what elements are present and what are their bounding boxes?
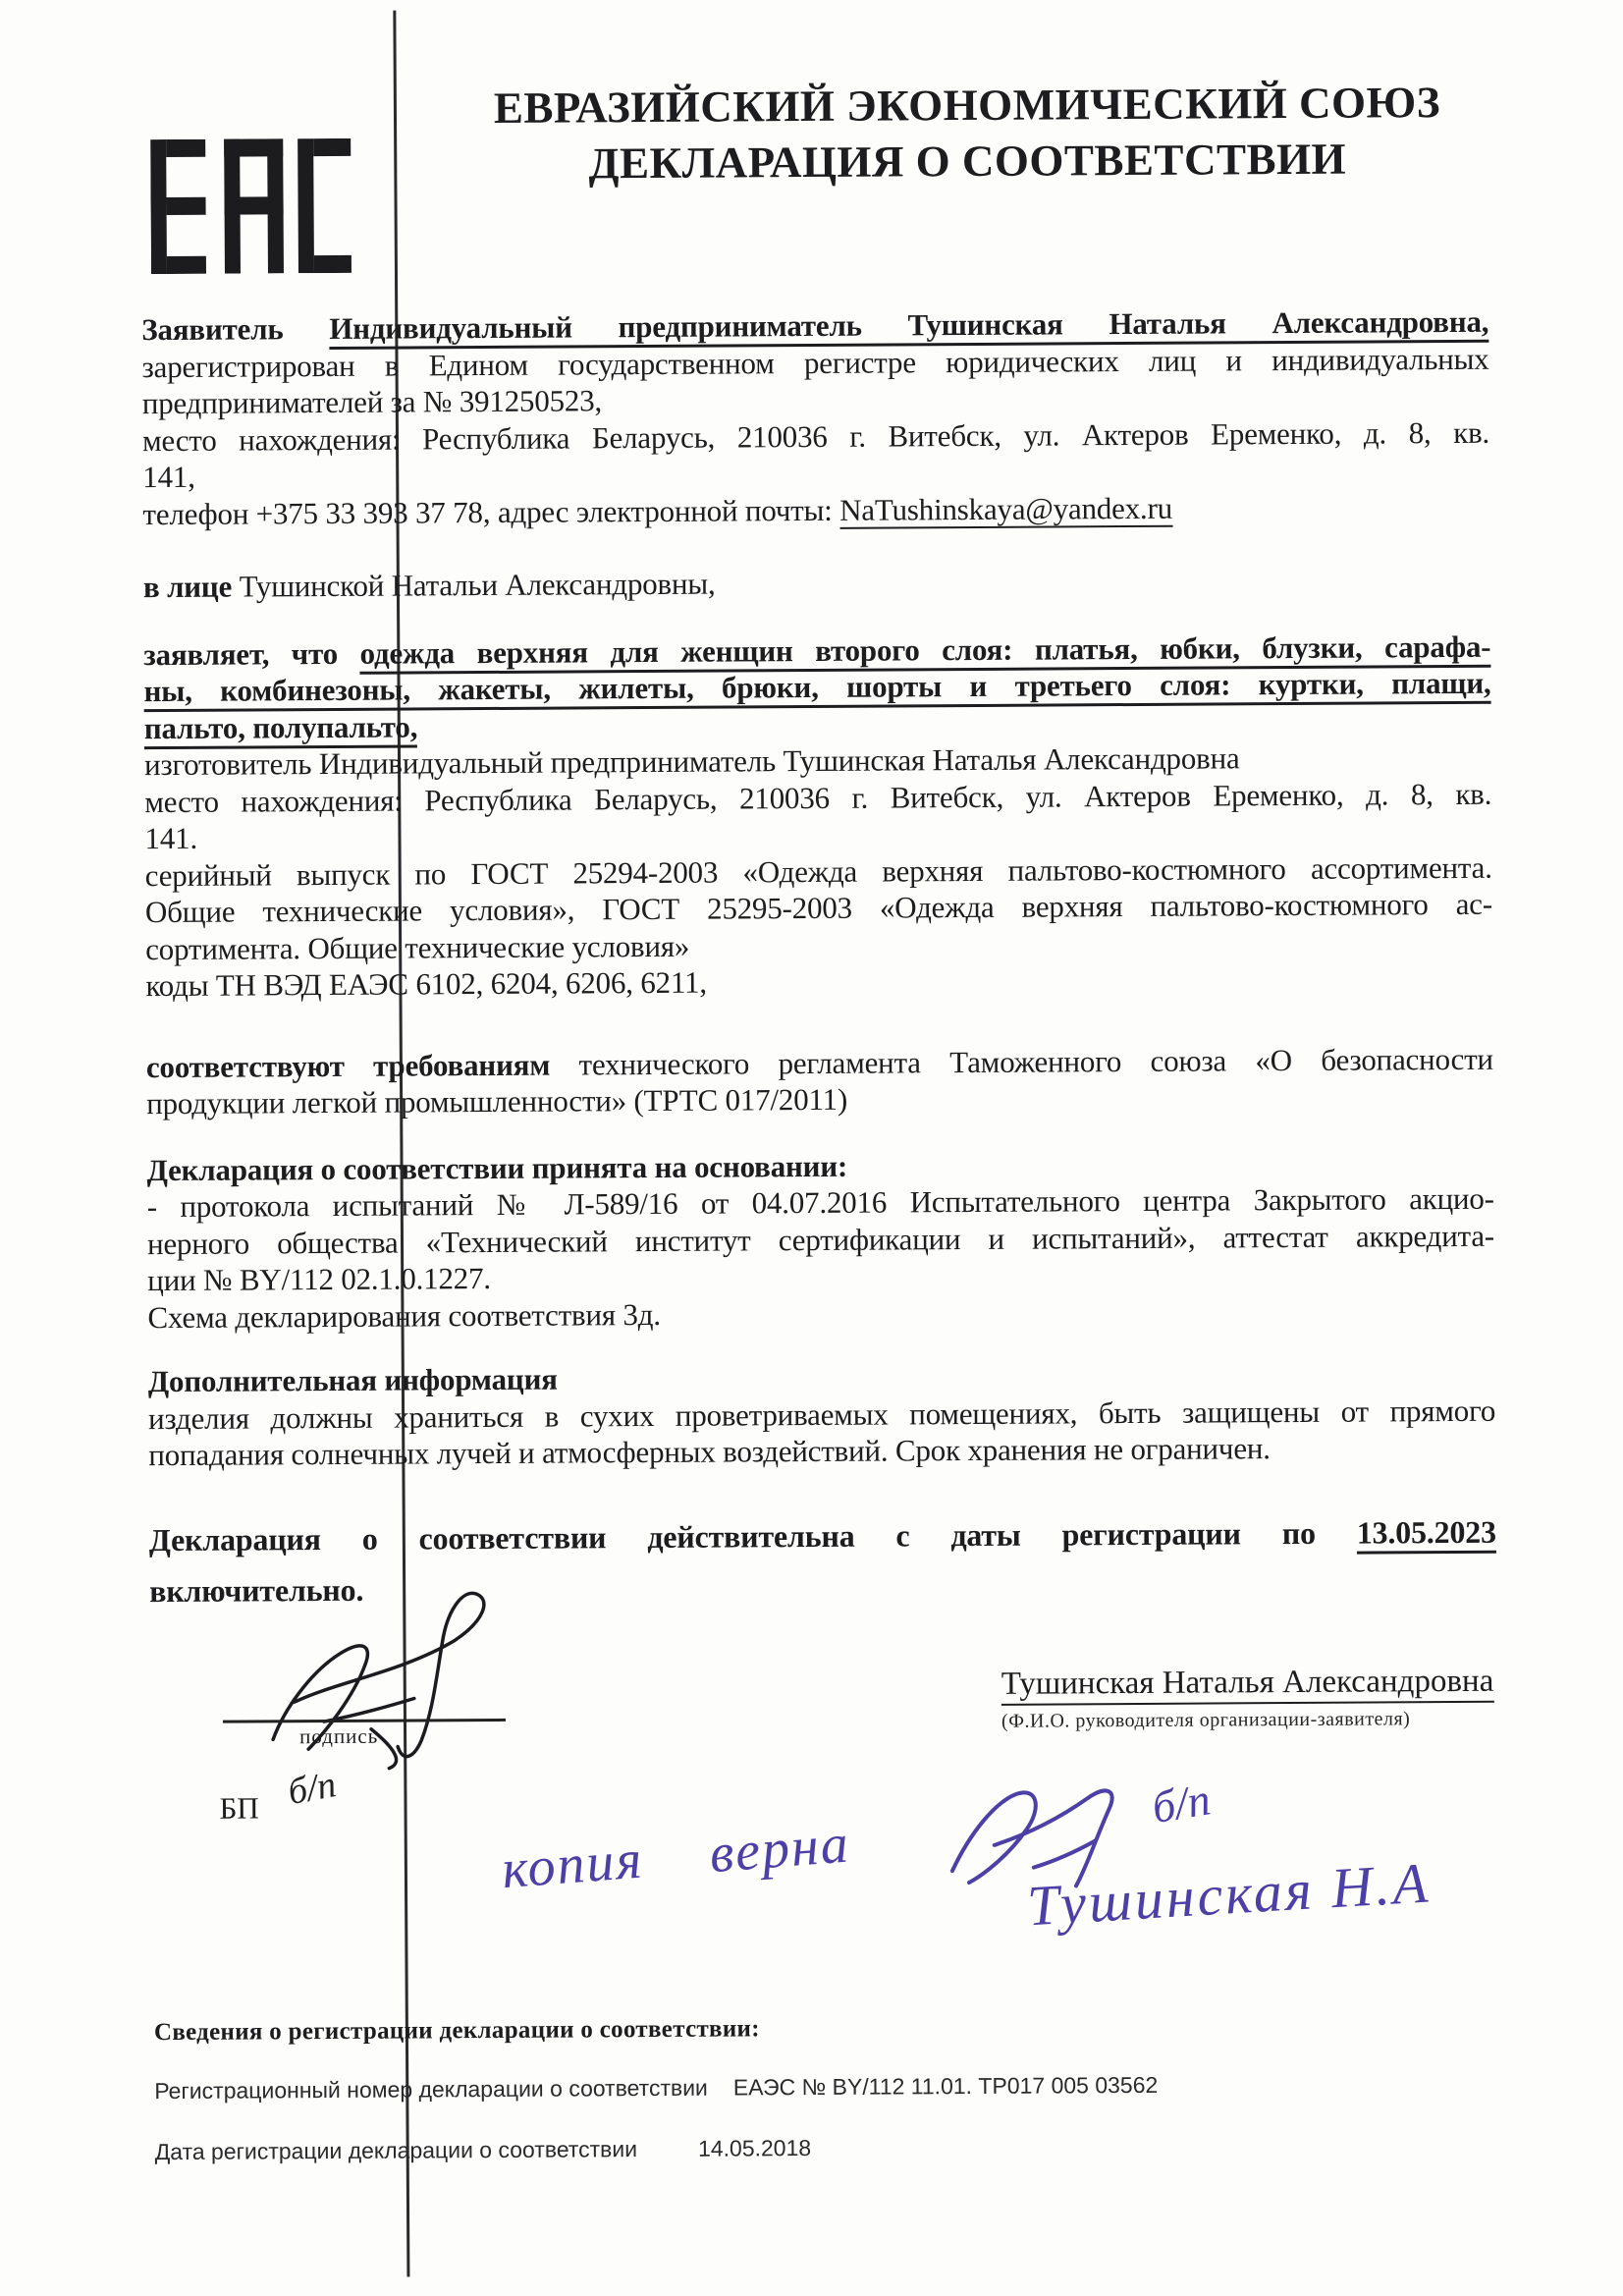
line-additional-2: попадания солнечных лучей и атмосферных …: [148, 1429, 1495, 1474]
manufacturer-text: изготовитель Индивидуальный предпринимат…: [144, 740, 1240, 782]
director-name-caption: (Ф.И.О. руководителя организации-заявите…: [1001, 1708, 1494, 1733]
basis-heading: Декларация о соответствии принята на осн…: [146, 1148, 847, 1186]
email-text: NaTushinskaya@yandex.ru: [839, 490, 1172, 528]
storage-text-1: изделия должны храниться в сухих проветр…: [148, 1393, 1495, 1435]
protocol-text-1: - протокола испытаний № Л-589/16 от 04.0…: [147, 1181, 1494, 1224]
product-text-3: пальто, полупальто,: [144, 709, 418, 749]
registration-heading: Сведения о регистрации декларации о соот…: [154, 2015, 760, 2047]
registration-text: зарегистрирован в Едином государственном…: [141, 341, 1488, 383]
tnved-codes: коды ТН ВЭД ЕАЭС 6102, 6204, 6206, 6211,: [145, 965, 707, 1003]
accreditation-number: ции № BY/112 02.1.0.1227.: [147, 1261, 491, 1297]
registration-number-value: ЕАЭС № BY/112 11.01. ТР017 005 03562: [733, 2072, 1159, 2101]
address-text: место нахождения: Республика Беларусь, 2…: [142, 414, 1489, 457]
line-validity-1: Декларация о соответствии действительна …: [149, 1505, 1496, 1564]
registration-date-value: 14.05.2018: [698, 2135, 811, 2161]
phone-text: телефон +375 33 393 37 78, адрес электро…: [142, 492, 832, 530]
scheme-text: Схема декларирования соответствия 3д.: [147, 1296, 661, 1334]
declaration-body: Заявитель Индивидуальный предприниматель…: [141, 303, 1496, 1616]
signature-caption: подпись: [299, 1724, 378, 1749]
protocol-text-2: нерного общества «Технический институт с…: [147, 1218, 1494, 1260]
applicant-label: Заявитель: [141, 311, 283, 347]
line-tnved: коды ТН ВЭД ЕАЭС 6102, 6204, 6206, 6211,: [145, 959, 1492, 1005]
line-declares-2: ны, комбинезоны, жакеты, жилеты, брюки, …: [143, 665, 1490, 710]
title-line-1: ЕВРАЗИЙСКИЙ ЭКОНОМИЧЕСКИЙ СОЮЗ: [417, 75, 1517, 137]
validity-date: 13.05.2023: [1357, 1513, 1496, 1554]
conforms-label: соответствуют требованиям: [146, 1047, 550, 1084]
storage-text-2: попадания солнечных лучей и атмосферных …: [148, 1431, 1271, 1472]
registration-date-line: Дата регистрации декларации о соответств…: [155, 2135, 812, 2165]
validity-text: Декларация о соответствии действительна …: [149, 1514, 1316, 1557]
manufacturer-apartment: 141.: [144, 821, 197, 855]
line-conforms-2: продукции легкой промышленности» (ТРТС 0…: [146, 1077, 1493, 1122]
document-title: ЕВРАЗИЙСКИЙ ЭКОНОМИЧЕСКИЙ СОЮЗ ДЕКЛАРАЦИ…: [417, 75, 1518, 193]
address-apartment: 141,: [142, 460, 195, 494]
bp-label: БП: [219, 1790, 258, 1826]
gost-text-2: Общие технические условия», ГОСТ 25295-2…: [145, 887, 1492, 929]
registration-number-line: Регистрационный номер декларации о соотв…: [154, 2072, 1158, 2105]
in-person-name: Тушинской Натальи Александровны,: [240, 567, 716, 604]
manufacturer-address-text: место нахождения: Республика Беларусь, 2…: [144, 776, 1491, 818]
registration-date-label: Дата регистрации декларации о соответств…: [155, 2136, 638, 2164]
additional-heading: Дополнительная информация: [148, 1362, 558, 1399]
declares-label: заявляет, что: [143, 635, 338, 671]
director-name-block: Тушинская Наталья Александровна (Ф.И.О. …: [1001, 1664, 1494, 1733]
in-person-label: в лице: [143, 570, 232, 605]
blue-bp-handwriting: б/п: [1149, 1773, 1215, 1833]
gost-text-3: сортимента. Общие технические условия»: [145, 928, 689, 965]
declaration-document: ЕВРАЗИЙСКИЙ ЭКОНОМИЧЕСКИЙ СОЮЗ ДЕКЛАРАЦИ…: [0, 0, 1623, 2296]
registration-number-label: Регистрационный номер декларации о соотв…: [154, 2075, 708, 2104]
title-line-2: ДЕКЛАРАЦИЯ О СООТВЕТСТВИИ: [417, 131, 1517, 193]
eac-logo-icon: [150, 138, 357, 274]
line-contacts: телефон +375 33 393 37 78, адрес электро…: [142, 487, 1489, 532]
copy-note-handwriting: копия верна: [500, 1812, 852, 1901]
director-name: Тушинская Наталья Александровна: [1001, 1664, 1494, 1706]
registration-number-text: предпринимателей за № 391250523,: [142, 383, 602, 420]
regulation-text-1: технического регламента Таможенного союз…: [578, 1041, 1492, 1081]
regulation-text-2: продукции легкой промышленности» (ТРТС 0…: [146, 1082, 847, 1121]
line-scheme: Схема декларирования соответствия 3д.: [147, 1290, 1494, 1336]
line-in-person: в лице Тушинской Натальи Александровны,: [143, 561, 1490, 606]
bp-handwritten: б/п: [285, 1763, 340, 1814]
